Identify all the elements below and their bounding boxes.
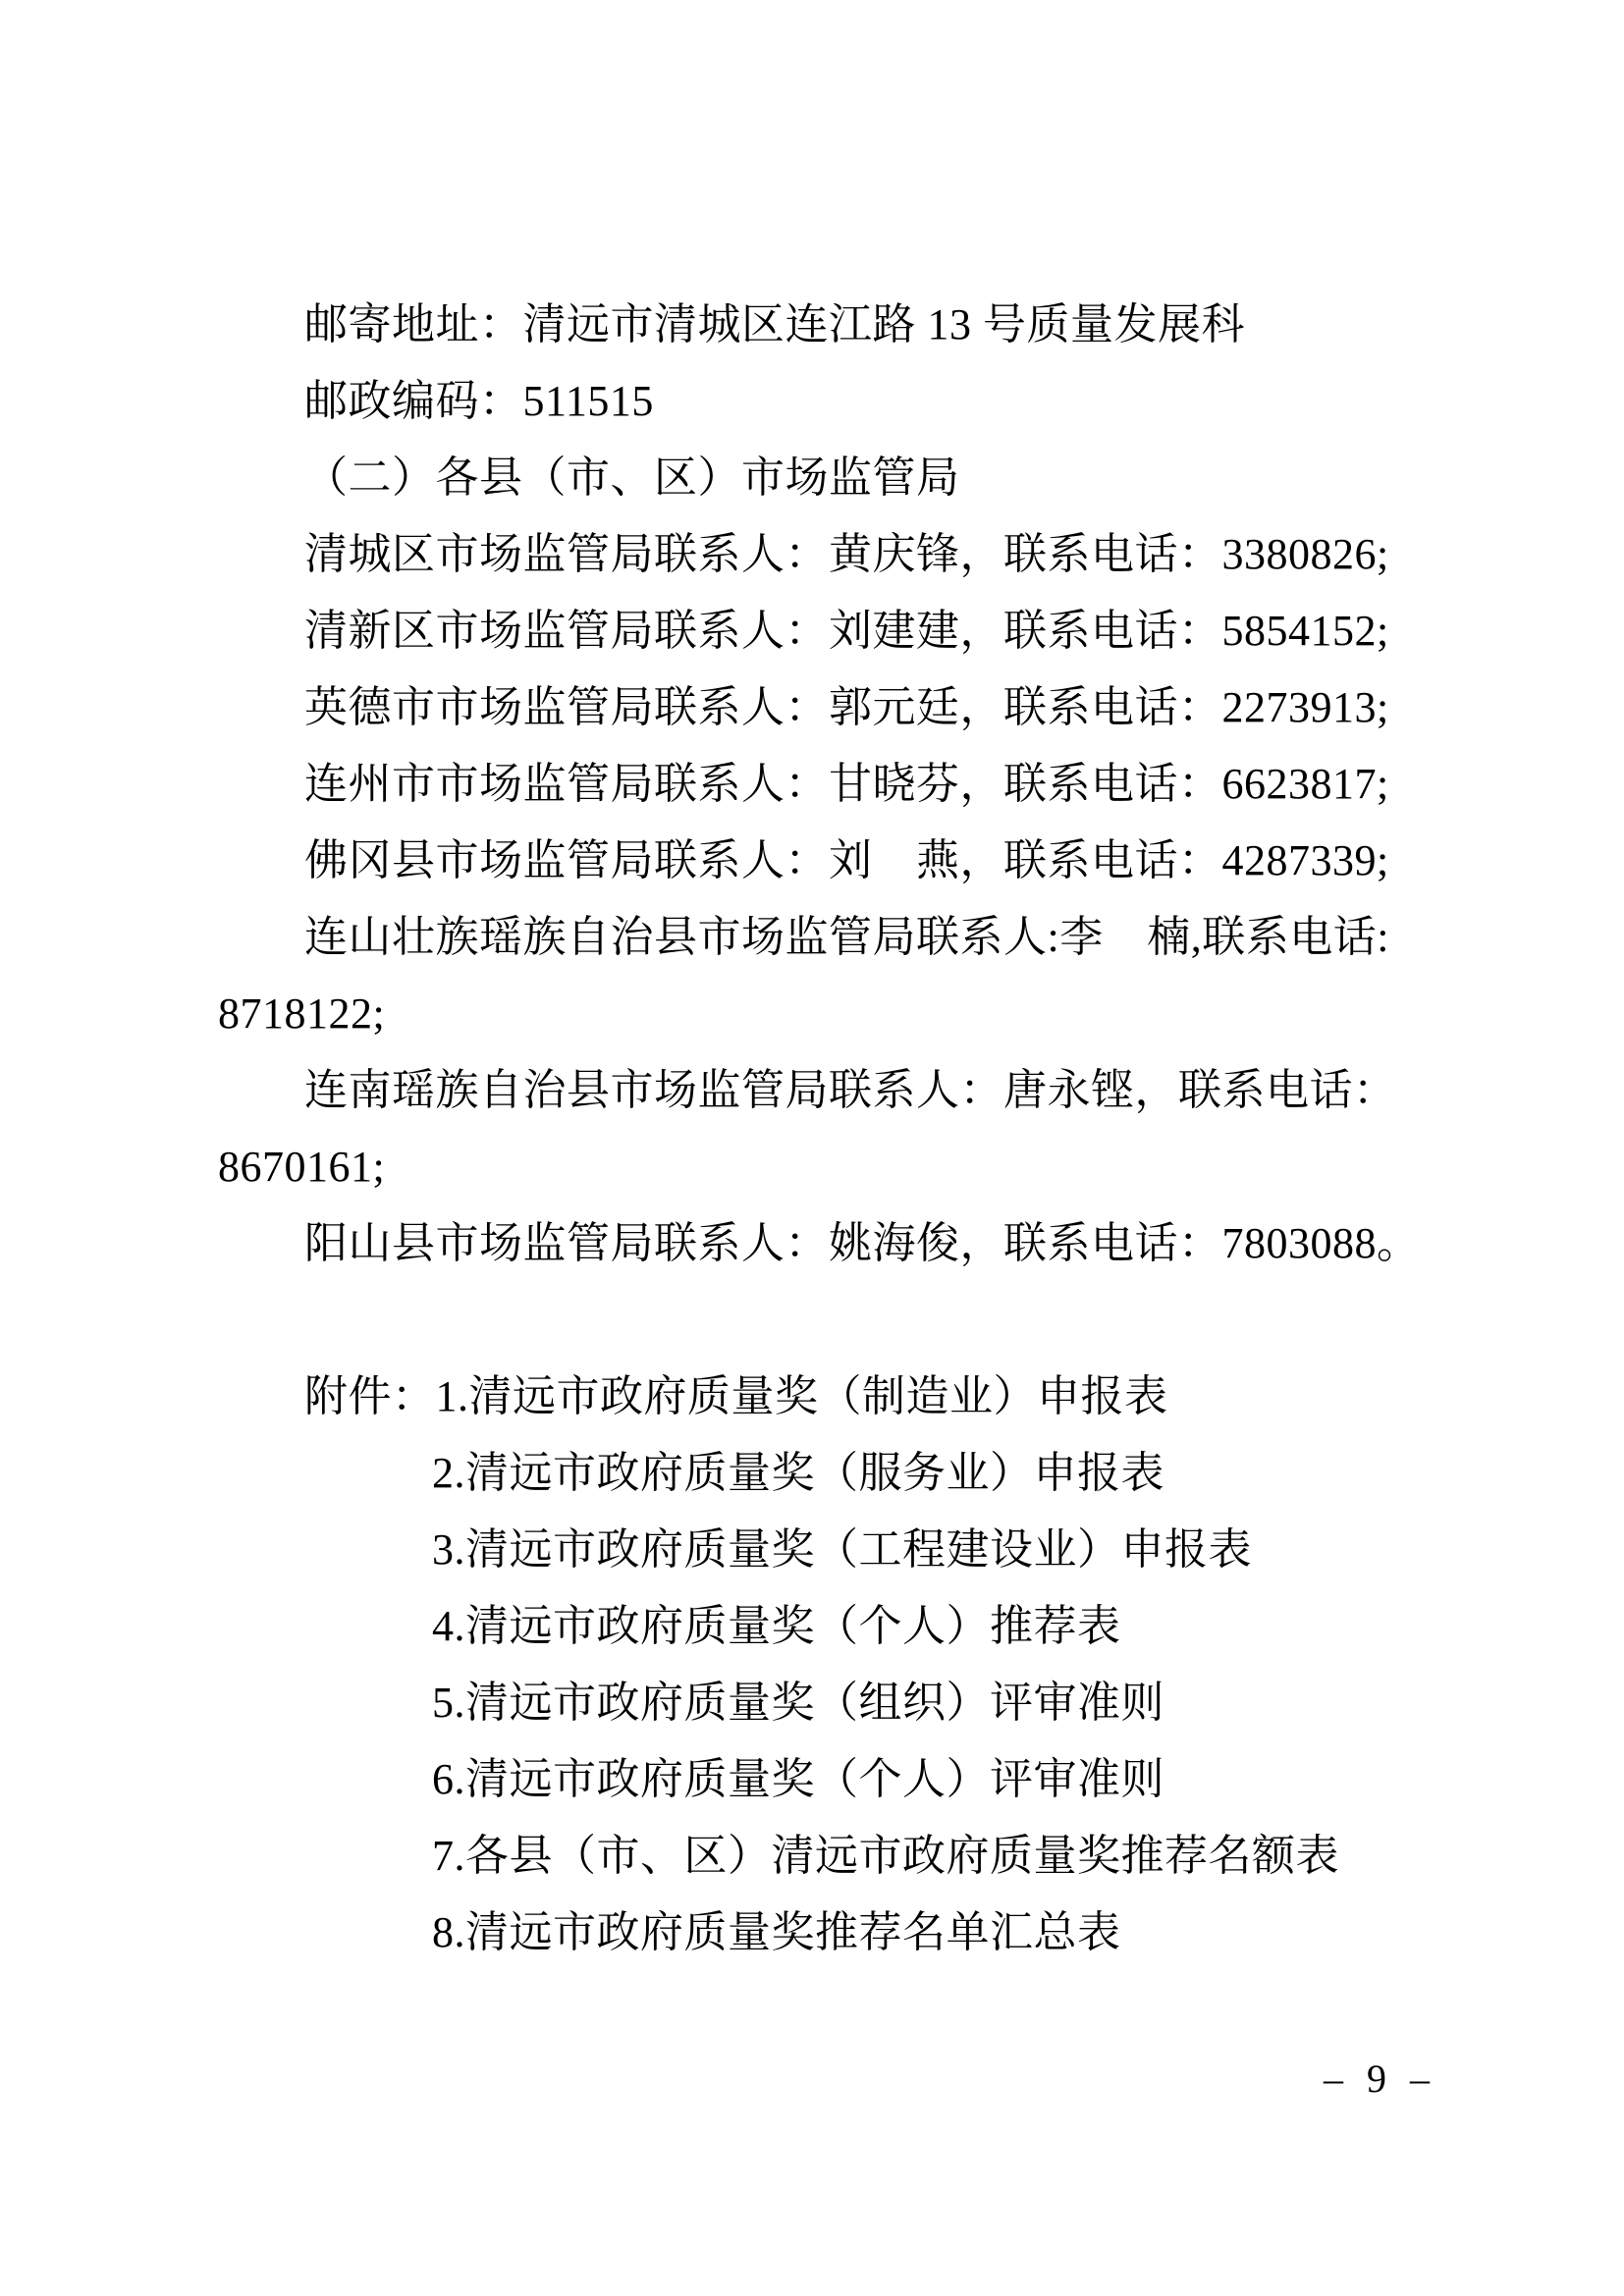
attachment-item-7: 7.各县（市、区）清远市政府质量奖推荐名额表 [432, 1818, 1426, 1895]
attachments-list: 附件：1.清远市政府质量奖（制造业）申报表 2.清远市政府质量奖（服务业）申报表… [218, 1359, 1426, 1971]
attachment-item-2: 2.清远市政府质量奖（服务业）申报表 [432, 1435, 1426, 1512]
page-number: – 9 – [1324, 2057, 1432, 2101]
contact-line-fogang: 佛冈县市场监管局联系人：刘 燕，联系电话：4287339; [218, 823, 1426, 899]
contact-line-yingde: 英德市市场监管局联系人：郭元廷，联系电话：2273913; [218, 669, 1426, 746]
contact-line-lianzhou: 连州市市场监管局联系人：甘晓芬，联系电话：6623817; [218, 746, 1426, 823]
document-body: 邮寄地址：清远市清城区连江路 13 号质量发展科 邮政编码：511515 （二）… [218, 287, 1426, 1971]
attachment-item-6: 6.清远市政府质量奖（个人）评审准则 [432, 1741, 1426, 1818]
contact-line-qingcheng: 清城区市场监管局联系人：黄庆锋，联系电话：3380826; [218, 516, 1426, 593]
document-page: 邮寄地址：清远市清城区连江路 13 号质量发展科 邮政编码：511515 （二）… [0, 0, 1624, 2296]
section-heading: （二）各县（市、区）市场监管局 [218, 440, 1426, 516]
attachments-label: 附件： [304, 1372, 436, 1420]
contact-line-yangshan: 阳山县市场监管局联系人：姚海俊，联系电话：7803088。 [218, 1205, 1426, 1282]
contact-line-lianshan-phone: 8718122; [218, 976, 1426, 1052]
attachment-item-1: 1.清远市政府质量奖（制造业）申报表 [436, 1372, 1168, 1420]
postal-code-line: 邮政编码：511515 [218, 363, 1426, 440]
contact-line-qingxin: 清新区市场监管局联系人：刘建建，联系电话：5854152; [218, 593, 1426, 669]
contact-line-lianshan: 连山壮族瑶族自治县市场监管局联系人:李 楠,联系电话: [218, 899, 1426, 976]
attachment-item-3: 3.清远市政府质量奖（工程建设业）申报表 [432, 1512, 1426, 1588]
attachment-item-8: 8.清远市政府质量奖推荐名单汇总表 [432, 1895, 1426, 1971]
mailing-address-line: 邮寄地址：清远市清城区连江路 13 号质量发展科 [218, 287, 1426, 363]
attachment-item-5: 5.清远市政府质量奖（组织）评审准则 [432, 1665, 1426, 1741]
contact-line-liannan: 连南瑶族自治县市场监管局联系人：唐永铿，联系电话： [218, 1052, 1426, 1129]
attachment-item-4: 4.清远市政府质量奖（个人）推荐表 [432, 1588, 1426, 1665]
contact-line-liannan-phone: 8670161; [218, 1129, 1426, 1205]
attachments-first-line: 附件：1.清远市政府质量奖（制造业）申报表 [218, 1359, 1426, 1435]
blank-line [218, 1282, 1426, 1359]
